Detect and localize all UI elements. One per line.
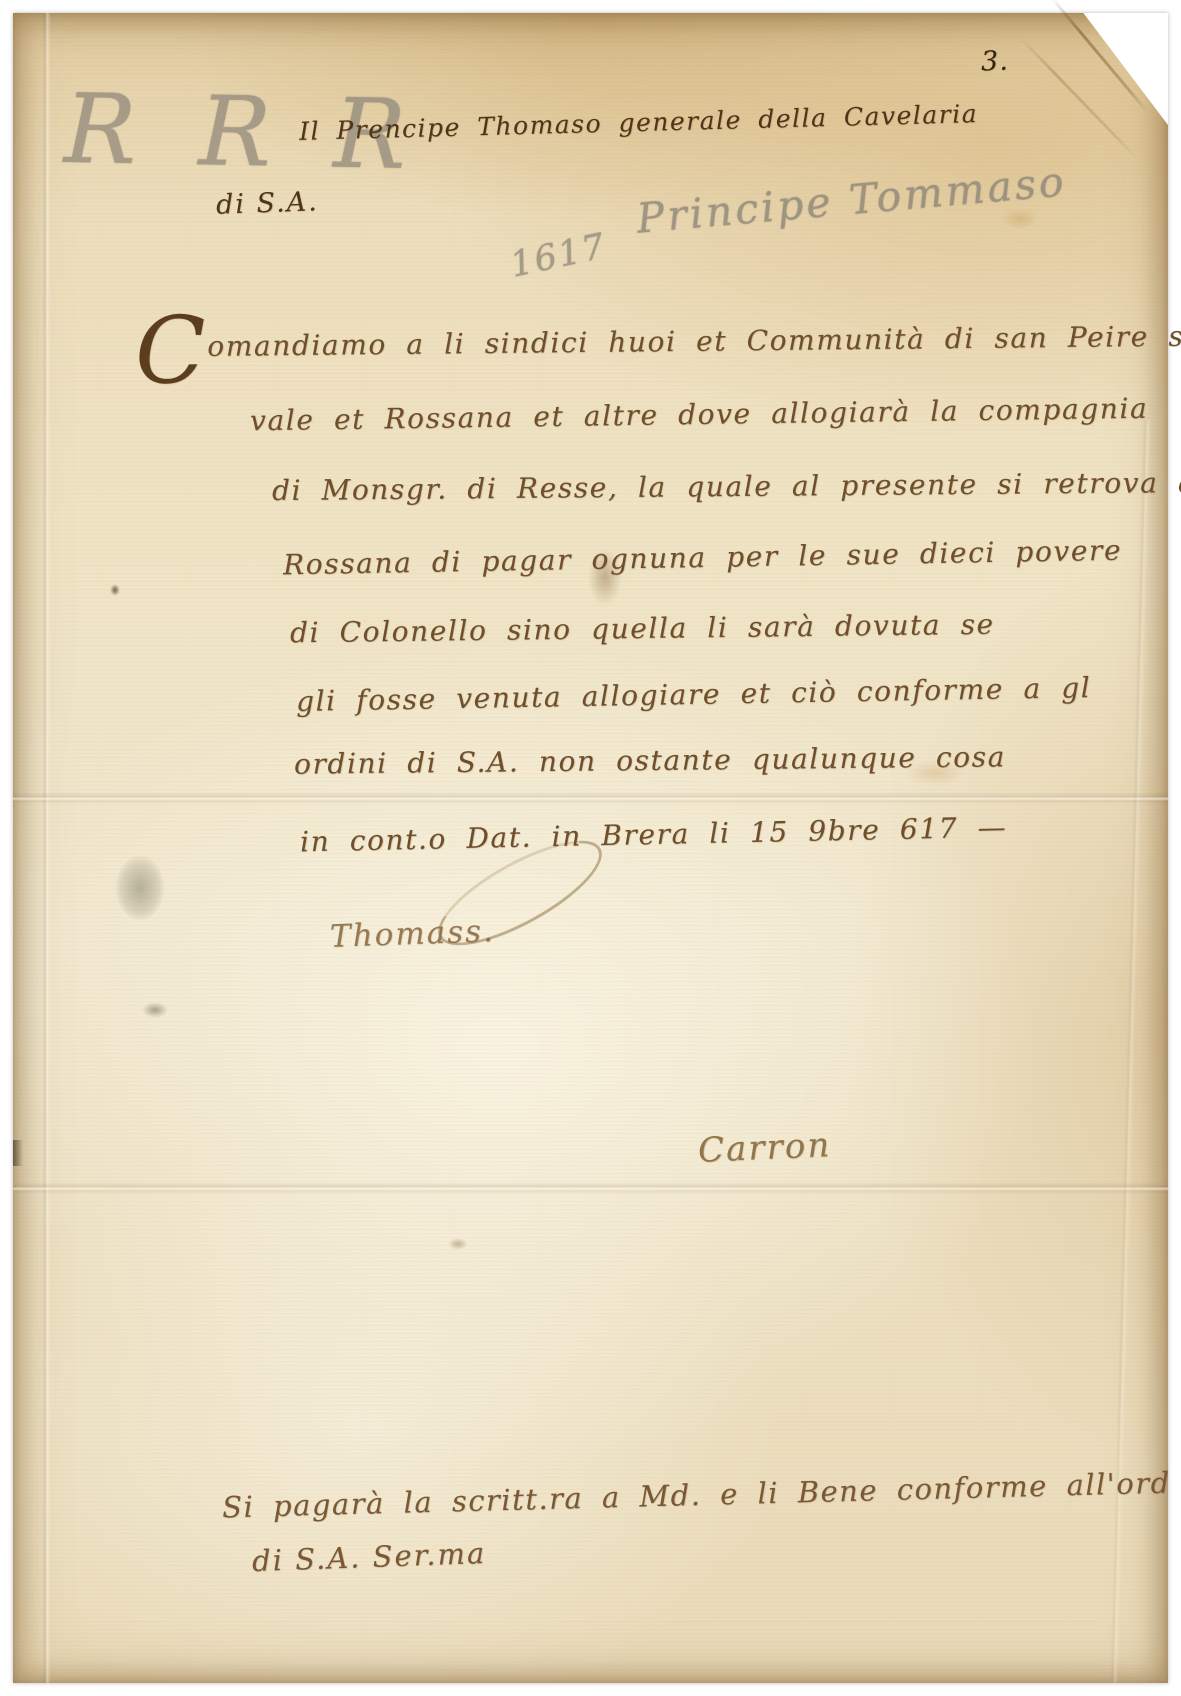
- heading-line-2: di S.A.: [215, 186, 319, 221]
- signature-thomaso: Thomass.: [329, 913, 495, 955]
- scanned-letter-page: 3. R R R Principe Tommaso 1617 Il Prenci…: [0, 0, 1181, 1696]
- countersignature-carron: Carron: [697, 1125, 832, 1171]
- page-number: 3.: [980, 46, 1009, 78]
